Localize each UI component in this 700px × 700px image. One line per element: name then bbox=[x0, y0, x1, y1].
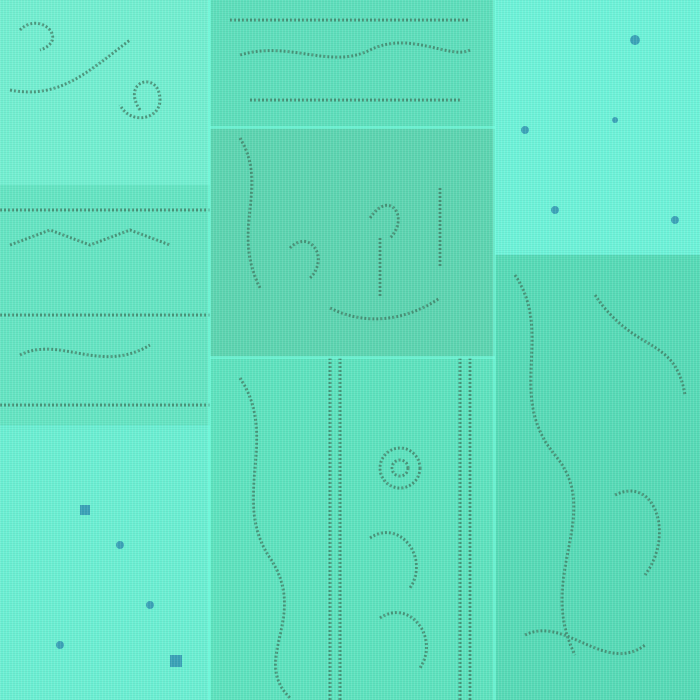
seam-vertical-1 bbox=[208, 0, 211, 700]
seam-horizontal-2 bbox=[210, 356, 495, 359]
patch-bottom-center bbox=[210, 358, 495, 700]
patch-top-left bbox=[0, 0, 210, 185]
patch-top-right bbox=[495, 0, 700, 255]
seam-vertical-2 bbox=[493, 0, 496, 700]
patch-bottom-left bbox=[0, 425, 210, 700]
seam-horizontal-1 bbox=[210, 126, 495, 129]
patch-top-center bbox=[210, 0, 495, 128]
patch-right-vine bbox=[495, 255, 700, 700]
patch-mid-left bbox=[0, 185, 210, 425]
patch-center bbox=[210, 128, 495, 358]
patchwork-rug bbox=[0, 0, 700, 700]
